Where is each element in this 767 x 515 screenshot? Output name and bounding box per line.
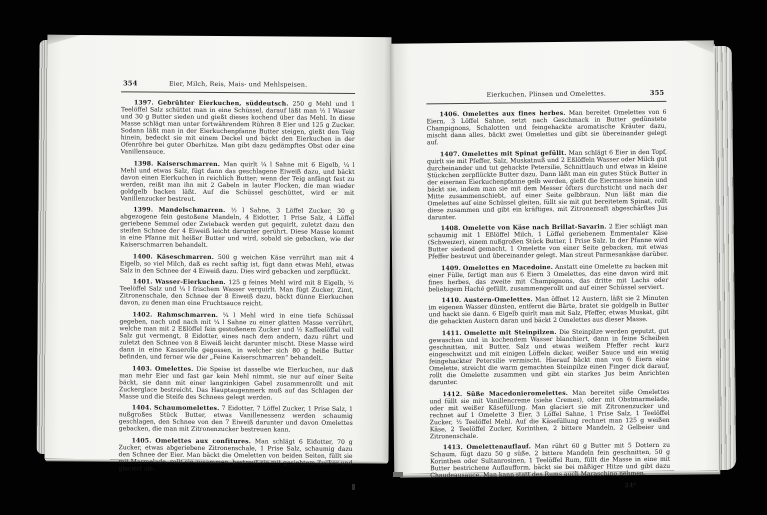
recipe-1409: 1409. Omelettes en Macedoine. Anstatt ei…	[428, 263, 668, 294]
right-running-header: Eierkuchen, Plinsen und Omelettes.	[426, 90, 666, 100]
left-running-header: Eier, Milch, Reis, Mais- und Mehlspeisen…	[121, 80, 355, 89]
recipe-1397: 1397. Gebrühter Eierkuchen, süddeutsch. …	[121, 99, 355, 157]
left-running-head: 354 Eier, Milch, Reis, Mais- und Mehlspe…	[121, 79, 355, 92]
signature-mark: 24*	[430, 482, 670, 492]
recipe-1406: 1406. Omelettes aux fines herbes. Man be…	[426, 109, 666, 147]
recipe-body: Man quirlt ¼ l Sahne mit 6 Eigelb, ¼ l M…	[120, 161, 354, 203]
right-folio-number: 355	[650, 89, 664, 97]
recipe-1404: 1404. Schaumomelettes. 7 Eidotter, 7 Löf…	[119, 404, 353, 434]
right-page: Eierkuchen, Plinsen und Omelettes. 355 1…	[390, 40, 718, 473]
recipe-body: 250 g Mehl und 1 Teelöffel Salz schüttet…	[121, 101, 355, 156]
recipe-body: Die Steinpilze werden geputzt, gut gewas…	[429, 328, 669, 387]
dust-speck	[352, 484, 355, 490]
recipe-1402: 1402. Rahmschmarren. ¼ l Mehl wird in ei…	[119, 311, 353, 362]
recipe-body: ¼ l Mehl wird in eine tiefe Schüssel geg…	[119, 312, 353, 362]
recipe-body: Man schlägt 6 Eier in den Topf, quirlt s…	[427, 148, 668, 221]
recipe-1407: 1407. Omelettes mit Spinat gefüllt. Man …	[427, 148, 668, 221]
corner-curl-top-right	[684, 40, 714, 53]
left-text-column: 354 Eier, Milch, Reis, Mais- und Mehlspe…	[118, 79, 355, 478]
recipe-1400: 1400. Käseschmarren. 500 g weichen Käse …	[120, 253, 354, 276]
book-scan: 354 Eier, Milch, Reis, Mais- und Mehlspe…	[0, 0, 767, 515]
recipe-1399: 1399. Mandelschmarren. ½ l Sahne, 3 Löff…	[120, 207, 354, 251]
corner-curl-top-left	[47, 35, 81, 45]
recipe-body: 500 g weichen Käse verrührt man mit 4 Ei…	[120, 254, 354, 276]
left-page: 354 Eier, Milch, Reis, Mais- und Mehlspe…	[45, 35, 392, 461]
recipe-1413: 1413. Omelettenauflauf. Man rührt 60 g B…	[430, 442, 670, 480]
recipe-1403: 1403. Omelettes. Die Speise ist dasselbe…	[119, 365, 353, 402]
recipe-1405: 1405. Omelettes aux confitures. Man schl…	[118, 437, 352, 474]
recipe-1398: 1398. Kaiserschmarren. Man quirlt ¼ l Sa…	[120, 160, 354, 204]
recipe-1408: 1408. Omelette von Käse nach Brillat-Sav…	[428, 223, 668, 261]
right-text-column: Eierkuchen, Plinsen und Omelettes. 355 1…	[426, 89, 670, 491]
recipe-1401: 1401. Wasser-Eierkuchen. 125 g feines Me…	[120, 279, 354, 309]
recipe-1410: 1410. Austern-Omelettes. Man öffnet 12 A…	[428, 295, 668, 326]
recipe-body: ½ l Sahne, 3 Löffel Zucker, 30 g abgezog…	[120, 207, 354, 249]
recipe-1412: 1412. Süße Macedonieromelettes. Man bere…	[429, 388, 669, 440]
dust-speck	[393, 472, 403, 477]
recipe-1411: 1411. Omelette mit Steinpilzen. Die Stei…	[429, 328, 670, 387]
